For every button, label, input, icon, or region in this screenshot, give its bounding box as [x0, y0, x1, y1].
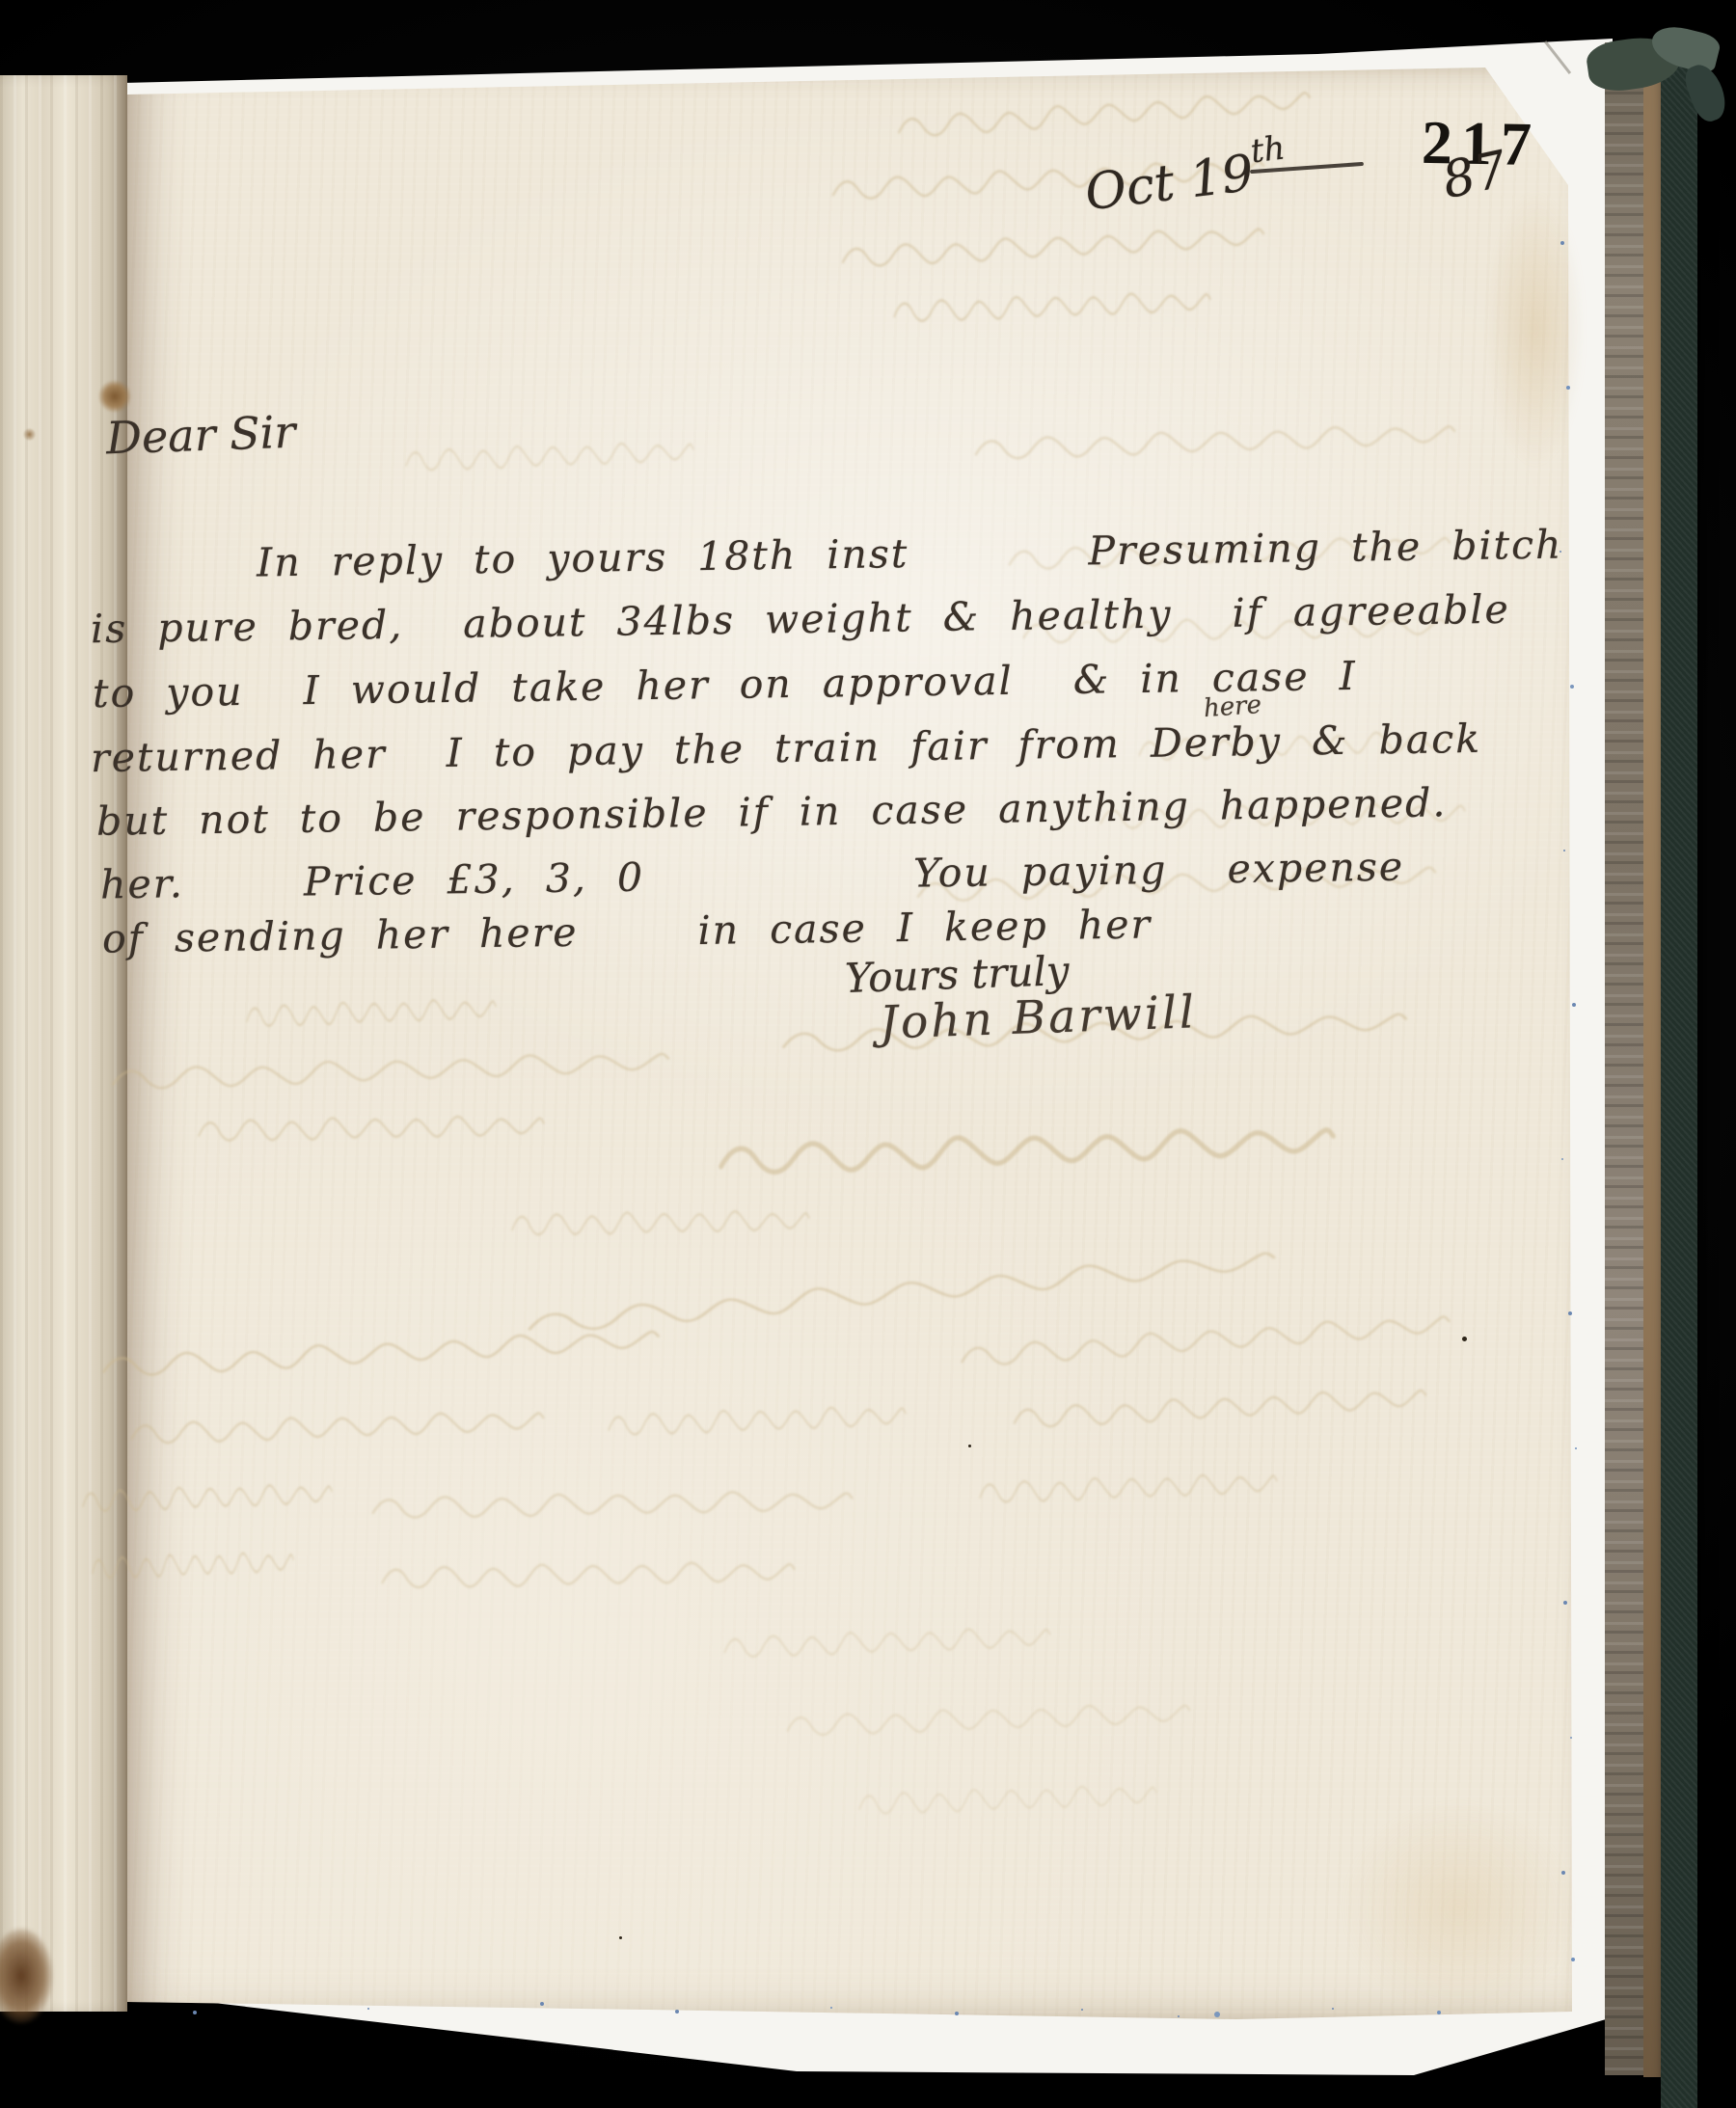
salutation: Dear Sir [105, 406, 296, 465]
foxing-spot [23, 428, 36, 441]
book-board-edge [1643, 56, 1661, 2077]
bleed-through-text [198, 1108, 546, 1150]
paper-fleck [968, 1445, 971, 1447]
bleed-through-text [91, 1544, 294, 1587]
deckle-speckles [540, 2002, 544, 2006]
letterbook-scan: Oct 19th 217 87 Dear Sir In reply to you… [0, 0, 1736, 2108]
right-page-stack-edge [1605, 42, 1643, 2075]
bleed-through-text [381, 1554, 797, 1597]
green-cloth-cover [1661, 50, 1697, 2108]
paper-fleck [1462, 1337, 1467, 1341]
foxing-spot [98, 380, 131, 413]
left-page-edges [0, 75, 127, 2012]
interline-insertion: here [1203, 690, 1262, 723]
paper-stain [1343, 1801, 1574, 2013]
signature: John Barwill [879, 986, 1198, 1049]
deckle-speckles [1560, 241, 1564, 245]
bleed-through-text [511, 1203, 811, 1244]
paper-fleck [619, 1936, 622, 1939]
paper-stain [1485, 189, 1586, 469]
date-ordinal: th [1248, 128, 1287, 171]
